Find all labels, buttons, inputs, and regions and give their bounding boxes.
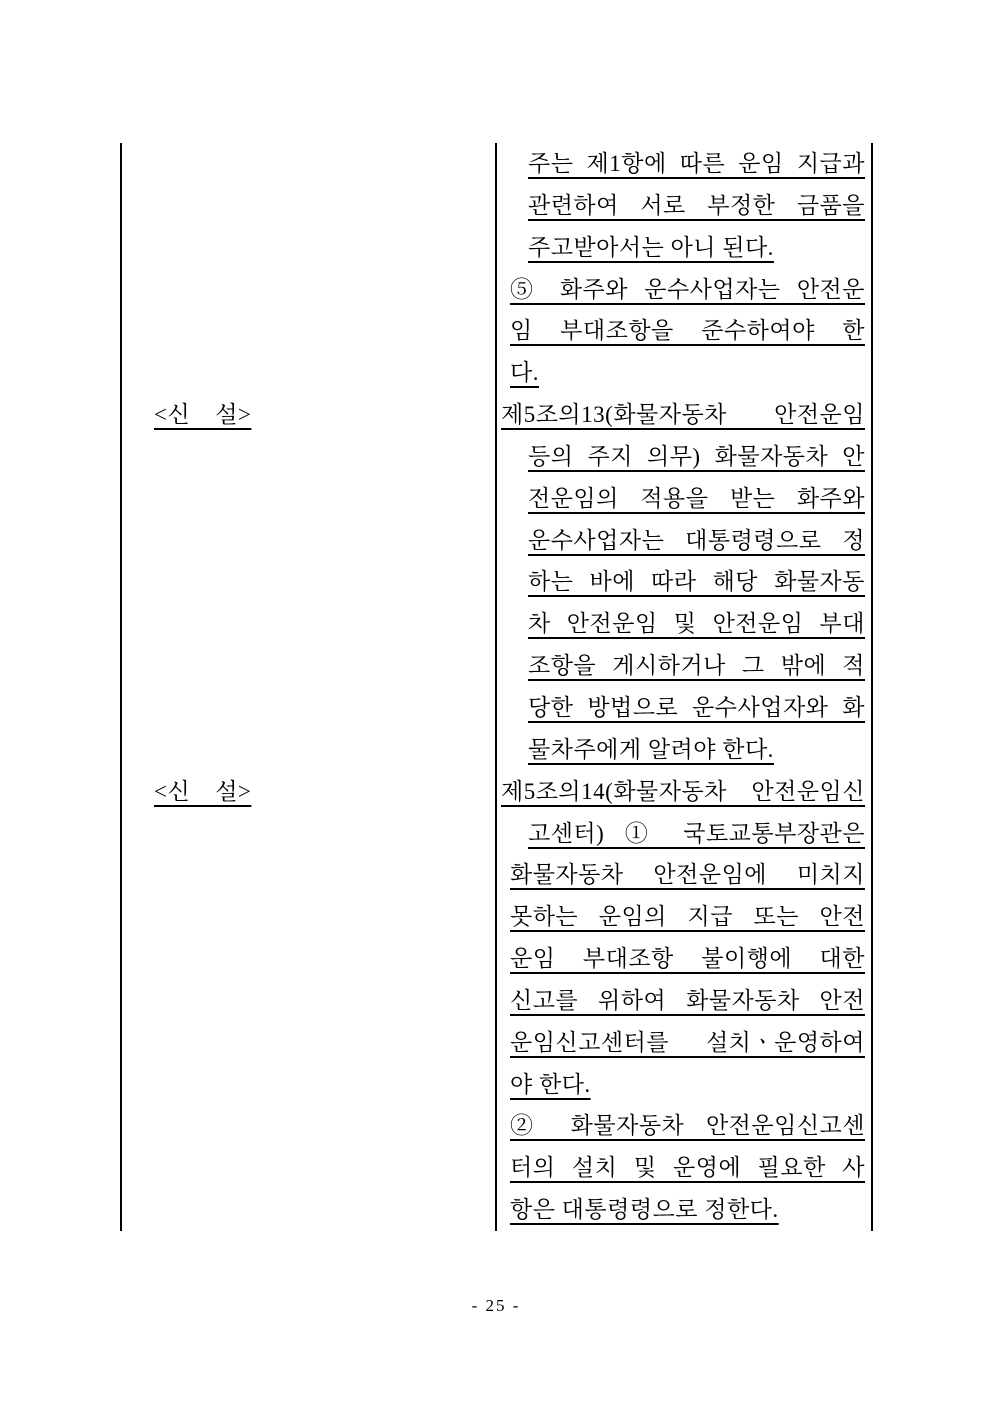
law-text-line: ⑤ 화주와 운수사업자는 안전운 bbox=[499, 269, 871, 311]
law-text-line: 임 부대조항을 준수하여야 한 bbox=[499, 310, 871, 352]
law-text-line: 항은 대통령령으로 정한다. bbox=[499, 1189, 871, 1231]
new-clause-marker: <신 설> bbox=[154, 771, 251, 813]
law-text-line: 등의 주지 의무) 화물자동차 안 bbox=[499, 436, 871, 478]
law-text-line: 관련하여 서로 부정한 금품을 bbox=[499, 185, 871, 227]
law-text-line: 고센터) ① 국토교통부장관은 bbox=[499, 813, 871, 855]
new-clause-marker: <신 설> bbox=[154, 394, 251, 436]
amendment-column: 주는 제1항에 따른 운임 지급과관련하여 서로 부정한 금품을주고받아서는 아… bbox=[499, 143, 871, 1231]
law-text-line: 당한 방법으로 운수사업자와 화 bbox=[499, 687, 871, 729]
law-comparison-table: <신 설><신 설> 주는 제1항에 따른 운임 지급과관련하여 서로 부정한 … bbox=[120, 143, 873, 1231]
law-text-line: 주는 제1항에 따른 운임 지급과 bbox=[499, 143, 871, 185]
law-text-line: 제5조의14(화물자동차 안전운임신 bbox=[499, 771, 871, 813]
law-text-line: 제5조의13(화물자동차 안전운임 bbox=[499, 394, 871, 436]
law-text-line: 신고를 위하여 화물자동차 안전 bbox=[499, 980, 871, 1022]
law-text-line: 화물자동차 안전운임에 미치지 bbox=[499, 854, 871, 896]
law-text-line: 전운임의 적용을 받는 화주와 bbox=[499, 478, 871, 520]
law-text-line: 하는 바에 따라 해당 화물자동 bbox=[499, 561, 871, 603]
table-border-right bbox=[871, 143, 873, 1231]
law-text-line: 주고받아서는 아니 된다. bbox=[499, 227, 871, 269]
law-text-line: 운임 부대조항 불이행에 대한 bbox=[499, 938, 871, 980]
law-text-line: 다. bbox=[499, 352, 871, 394]
law-text-line: 야 한다. bbox=[499, 1064, 871, 1106]
law-text-line: 운임신고센터를 설치ㆍ운영하여 bbox=[499, 1022, 871, 1064]
current-law-column: <신 설><신 설> bbox=[122, 143, 495, 1231]
law-text-line: 물차주에게 알려야 한다. bbox=[499, 729, 871, 771]
table-border-middle bbox=[495, 143, 497, 1231]
law-text-line: ② 화물자동차 안전운임신고센 bbox=[499, 1105, 871, 1147]
law-text-line: 터의 설치 및 운영에 필요한 사 bbox=[499, 1147, 871, 1189]
law-text-line: 못하는 운임의 지급 또는 안전 bbox=[499, 896, 871, 938]
law-text-line: 차 안전운임 및 안전운임 부대 bbox=[499, 603, 871, 645]
law-text-line: 조항을 게시하거나 그 밖에 적 bbox=[499, 645, 871, 687]
law-text-line: 운수사업자는 대통령령으로 정 bbox=[499, 520, 871, 562]
page-number: - 25 - bbox=[0, 1296, 992, 1316]
